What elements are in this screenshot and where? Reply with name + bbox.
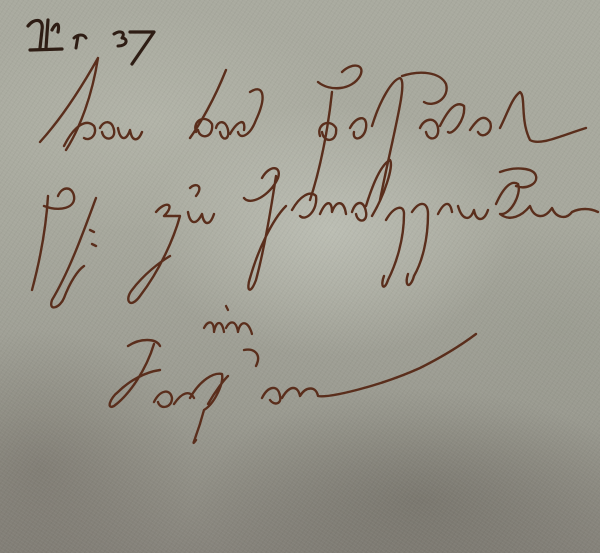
document-page: Pr. 27 Von dem Stiftsdech[ant] [...] zu … [0,0,600,553]
handwriting-strokes [0,0,600,553]
